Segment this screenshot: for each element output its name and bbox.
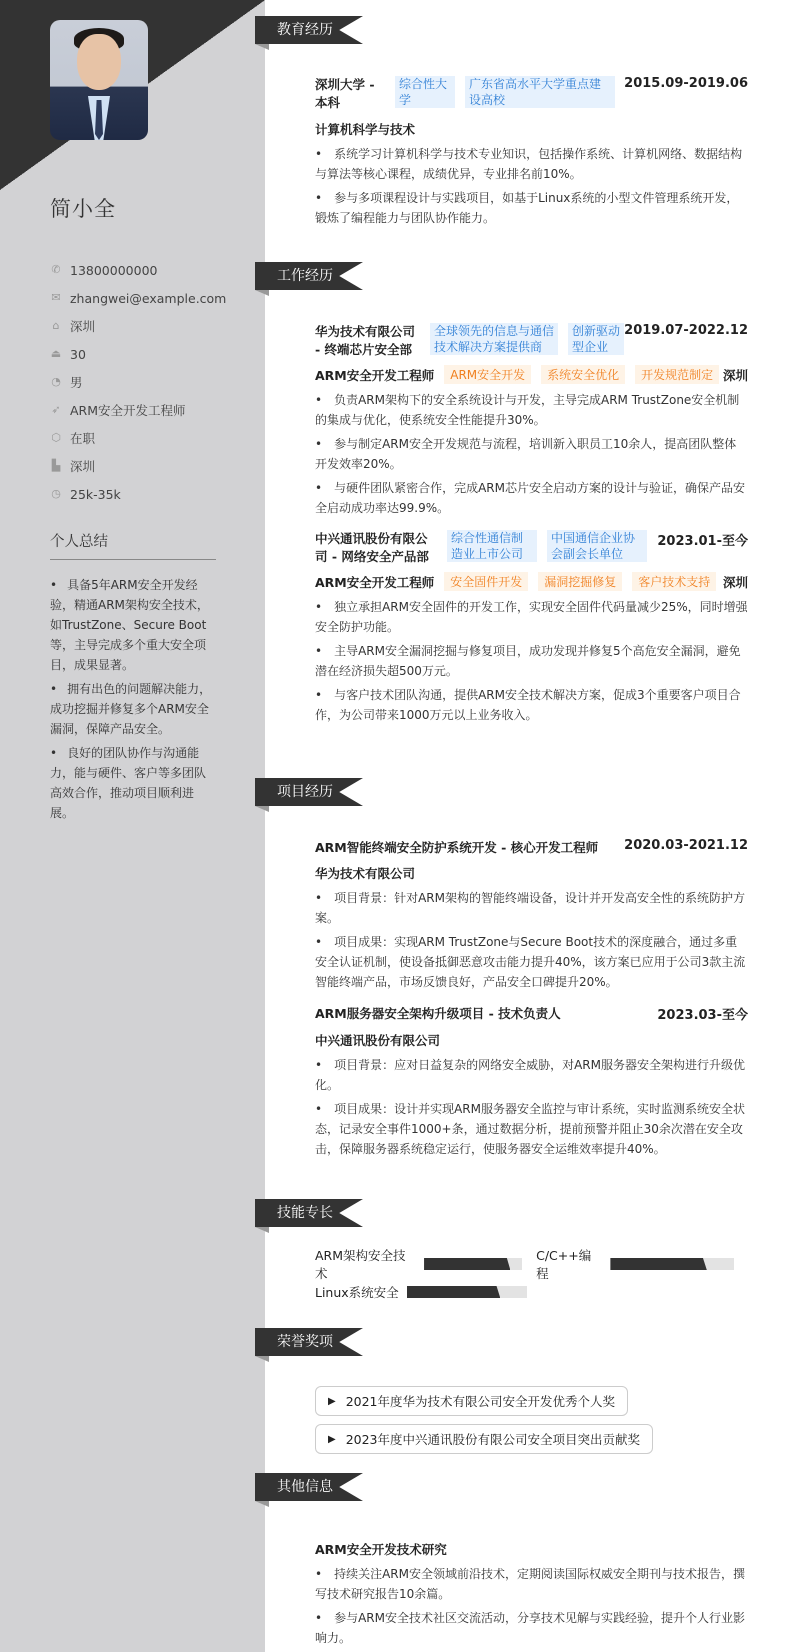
bullet-item: 项目成果：设计并实现ARM服务器安全监控与审计系统，实时监测系统安全状态，记录安… xyxy=(315,1099,748,1159)
skill-tag: 安全固件开发 xyxy=(444,572,528,591)
bullet-item: 参与制定ARM安全开发规范与流程，培训新入职员工10余人，提高团队整体开发效率2… xyxy=(315,434,748,474)
education-header: 深圳大学 - 本科 综合性大学 广东省高水平大学重点建设高校 2015.09-2… xyxy=(315,76,748,112)
company-tag: 中国通信企业协会副会长单位 xyxy=(547,530,647,562)
age-icon: ⏏ xyxy=(50,348,62,360)
bullet-item: 独立承担ARM安全固件的开发工作，实现安全固件代码量减少25%，同时增强安全防护… xyxy=(315,597,748,637)
sidebar: 简小全 ✆13800000000 ✉zhangwei@example.com ⌂… xyxy=(0,0,265,1652)
work-city: 深圳 xyxy=(723,366,748,384)
project-company: 华为技术有限公司 xyxy=(315,864,748,882)
home-icon: ⌂ xyxy=(50,320,62,332)
mail-icon: ✉ xyxy=(50,292,62,304)
summary-item: 拥有出色的问题解决能力，成功挖掘并修复多个ARM安全漏洞，保障产品安全。 xyxy=(50,679,216,739)
skill-name: ARM架构安全技术 xyxy=(315,1246,416,1282)
work-city: 深圳 xyxy=(723,573,748,591)
school-tag: 广东省高水平大学重点建设高校 xyxy=(465,76,615,108)
bullet-item: 负责ARM架构下的安全系统设计与开发，主导完成ARM TrustZone安全机制… xyxy=(315,390,748,430)
project-date: 2020.03-2021.12 xyxy=(624,838,748,853)
skill-name: Linux系统安全 xyxy=(315,1283,399,1301)
awards-section: ▶2021年度华为技术有限公司安全开发优秀个人奖 ▶2023年度中兴通讯股份有限… xyxy=(315,1386,748,1462)
section-header-education: 教育经历 xyxy=(255,16,363,44)
company-tag: 综合性通信制造业上市公司 xyxy=(447,530,537,562)
company-name: 中兴通讯股份有限公司 - 网络安全产品部 xyxy=(315,530,437,566)
triangle-right-icon: ▶ xyxy=(328,1434,336,1445)
education-date: 2015.09-2019.06 xyxy=(624,76,748,91)
skill-tag: 客户技术支持 xyxy=(632,572,716,591)
bullet-item: 项目背景：应对日益复杂的网络安全威胁，对ARM服务器安全架构进行升级优化。 xyxy=(315,1055,748,1095)
skill-tag: ARM安全开发 xyxy=(444,365,531,384)
city-icon: ▙ xyxy=(50,460,62,472)
education-section: 深圳大学 - 本科 综合性大学 广东省高水平大学重点建设高校 2015.09-2… xyxy=(315,76,748,232)
work-date: 2019.07-2022.12 xyxy=(624,323,748,338)
triangle-right-icon: ▶ xyxy=(328,1396,336,1407)
bullet-item: 参与多项课程设计与实践项目，如基于Linux系统的小型文件管理系统开发，锻炼了编… xyxy=(315,188,748,228)
contact-hometown: ⌂深圳 xyxy=(50,312,250,340)
company-tag: 创新驱动型企业 xyxy=(568,323,624,355)
contact-city: ▙深圳 xyxy=(50,452,250,480)
project-title: ARM智能终端安全防护系统开发 - 核心开发工程师 xyxy=(315,838,598,856)
contact-age: ⏏30 xyxy=(50,340,250,368)
contact-salary: ◷25k-35k xyxy=(50,480,250,508)
contact-email: ✉zhangwei@example.com xyxy=(50,284,250,312)
skills-section: ARM架构安全技术 C/C++编程 Linux系统安全 xyxy=(315,1250,748,1306)
skill-bar xyxy=(610,1258,734,1270)
skill-bar xyxy=(407,1286,527,1298)
bullet-item: 与客户技术团队沟通，提供ARM安全技术解决方案，促成3个重要客户项目合作，为公司… xyxy=(315,685,748,725)
project-entry: ARM服务器安全架构升级项目 - 技术负责人 2023.03-至今 中兴通讯股份… xyxy=(315,1004,748,1159)
skill-bar xyxy=(424,1258,522,1270)
avatar xyxy=(50,20,148,140)
bullet-item: 与硬件团队紧密合作，完成ARM芯片安全启动方案的设计与验证，确保产品安全启动成功… xyxy=(315,478,748,518)
job-title: ARM安全开发工程师 xyxy=(315,366,434,384)
work-section: 华为技术有限公司 - 终端芯片安全部 全球领先的信息与通信技术解决方案提供商 创… xyxy=(315,323,748,729)
contact-gender: ◔男 xyxy=(50,368,250,396)
summary-title: 个人总结 xyxy=(50,530,216,560)
bullet-item: 主导ARM安全漏洞挖掘与修复项目，成功发现并修复5个高危安全漏洞，避免潜在经济损… xyxy=(315,641,748,681)
bullet-item: 系统学习计算机科学与技术专业知识，包括操作系统、计算机网络、数据结构与算法等核心… xyxy=(315,144,748,184)
bullet-item: 持续关注ARM安全领域前沿技术，定期阅读国际权威安全期刊与技术报告，撰写技术研究… xyxy=(315,1564,748,1604)
bullet-item: 项目成果：实现ARM TrustZone与Secure Boot技术的深度融合，… xyxy=(315,932,748,992)
work-entry: 华为技术有限公司 - 终端芯片安全部 全球领先的信息与通信技术解决方案提供商 创… xyxy=(315,323,748,518)
section-header-work: 工作经历 xyxy=(255,262,363,290)
award-item: ▶2023年度中兴通讯股份有限公司安全项目突出贡献奖 xyxy=(315,1424,653,1454)
award-item: ▶2021年度华为技术有限公司安全开发优秀个人奖 xyxy=(315,1386,628,1416)
summary-item: 良好的团队协作与沟通能力，能与硬件、客户等多团队高效合作，推动项目顺利进展。 xyxy=(50,743,216,823)
skill-name: C/C++编程 xyxy=(536,1246,602,1282)
summary-item: 具备5年ARM安全开发经验，精通ARM架构安全技术，如TrustZone、Sec… xyxy=(50,575,216,675)
section-header-projects: 项目经历 xyxy=(255,778,363,806)
company-tag: 全球领先的信息与通信技术解决方案提供商 xyxy=(430,323,558,355)
skill-item: C/C++编程 xyxy=(536,1246,734,1282)
phone-icon: ✆ xyxy=(50,264,62,276)
other-title: ARM安全开发技术研究 xyxy=(315,1540,748,1558)
bullet-item: 项目背景：针对ARM架构的智能终端设备，设计并开发高安全性的系统防护方案。 xyxy=(315,888,748,928)
skill-item: ARM架构安全技术 xyxy=(315,1246,522,1282)
contact-status: ⬡在职 xyxy=(50,424,250,452)
work-entry: 中兴通讯股份有限公司 - 网络安全产品部 综合性通信制造业上市公司 中国通信企业… xyxy=(315,530,748,725)
job-title: ARM安全开发工程师 xyxy=(315,573,434,591)
other-section: ARM安全开发技术研究 持续关注ARM安全领域前沿技术，定期阅读国际权威安全期刊… xyxy=(315,1532,748,1652)
skill-tag: 系统安全优化 xyxy=(541,365,625,384)
contact-position: ➶ARM安全开发工程师 xyxy=(50,396,250,424)
project-company: 中兴通讯股份有限公司 xyxy=(315,1031,748,1049)
salary-icon: ◷ xyxy=(50,488,62,500)
contact-list: ✆13800000000 ✉zhangwei@example.com ⌂深圳 ⏏… xyxy=(50,256,250,508)
summary-list: 具备5年ARM安全开发经验，精通ARM架构安全技术，如TrustZone、Sec… xyxy=(50,575,216,827)
school-tag: 综合性大学 xyxy=(395,76,455,108)
profile-name: 简小全 xyxy=(50,193,116,223)
project-entry: ARM智能终端安全防护系统开发 - 核心开发工程师 2020.03-2021.1… xyxy=(315,838,748,992)
section-header-skills: 技能专长 xyxy=(255,1199,363,1227)
bullet-item: 参与ARM安全技术社区交流活动，分享技术见解与实践经验，提升个人行业影响力。 xyxy=(315,1608,748,1648)
project-title: ARM服务器安全架构升级项目 - 技术负责人 xyxy=(315,1004,561,1022)
skill-tag: 开发规范制定 xyxy=(635,365,719,384)
section-header-other: 其他信息 xyxy=(255,1473,363,1501)
gender-icon: ◔ xyxy=(50,376,62,388)
school-name: 深圳大学 - 本科 xyxy=(315,76,385,112)
company-name: 华为技术有限公司 - 终端芯片安全部 xyxy=(315,323,420,359)
position-icon: ➶ xyxy=(50,404,62,416)
project-date: 2023.03-至今 xyxy=(657,1004,748,1023)
section-header-awards: 荣誉奖项 xyxy=(255,1328,363,1356)
contact-phone: ✆13800000000 xyxy=(50,256,250,284)
status-icon: ⬡ xyxy=(50,432,62,444)
skill-item: Linux系统安全 xyxy=(315,1283,527,1301)
work-date: 2023.01-至今 xyxy=(657,530,748,549)
projects-section: ARM智能终端安全防护系统开发 - 核心开发工程师 2020.03-2021.1… xyxy=(315,838,748,1163)
major: 计算机科学与技术 xyxy=(315,120,748,138)
education-bullets: 系统学习计算机科学与技术专业知识，包括操作系统、计算机网络、数据结构与算法等核心… xyxy=(315,144,748,228)
skill-tag: 漏洞挖掘修复 xyxy=(538,572,622,591)
